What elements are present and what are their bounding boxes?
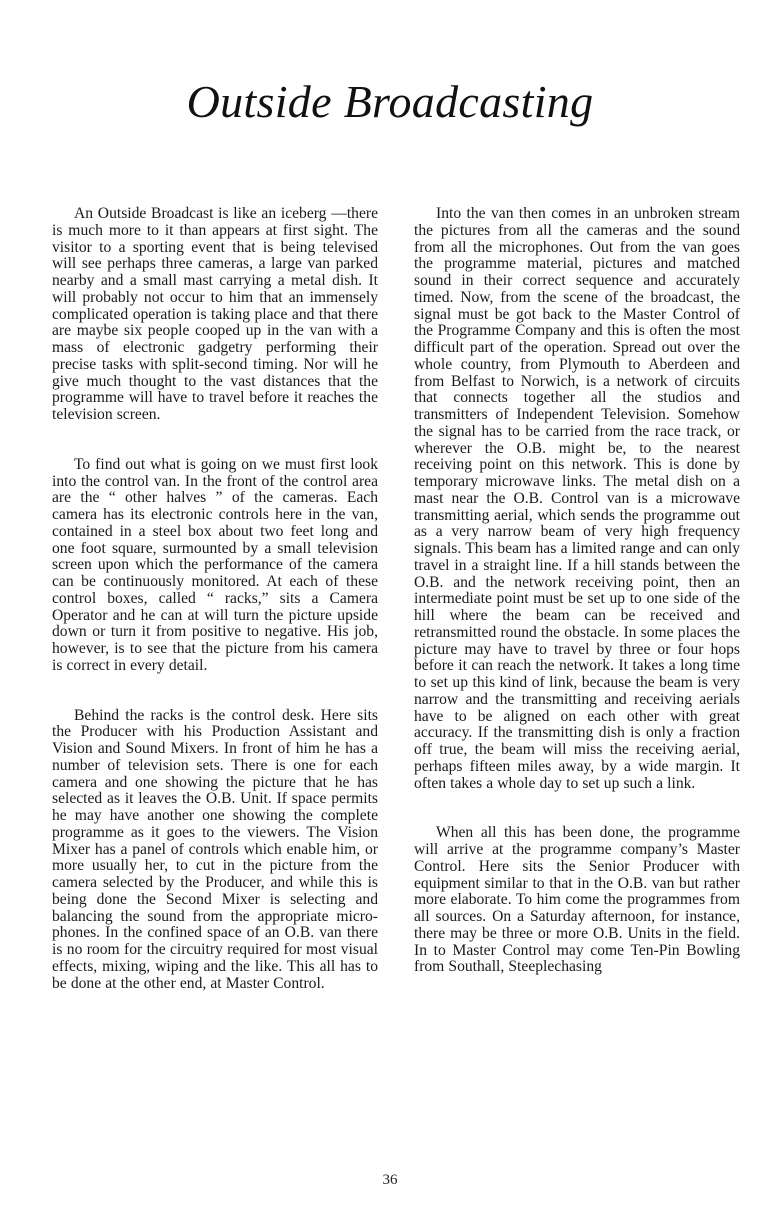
page-number: 36 [0,1172,780,1189]
left-column: An Outside Broadcast is like an iceberg … [52,206,378,992]
paragraph-control-van: To find out what is going on we must fir… [52,457,378,675]
right-column: Into the van then comes in an un­broken … [414,206,740,976]
paragraph-microwave-links: Into the van then comes in an un­broken … [414,206,740,792]
paragraph-master-control: When all this has been done, the pro­gra… [414,825,740,976]
paragraph-iceberg-intro: An Outside Broadcast is like an iceberg … [52,206,378,424]
page-title: Outside Broadcasting [0,72,780,132]
paragraph-control-desk: Behind the racks is the control desk. He… [52,708,378,993]
